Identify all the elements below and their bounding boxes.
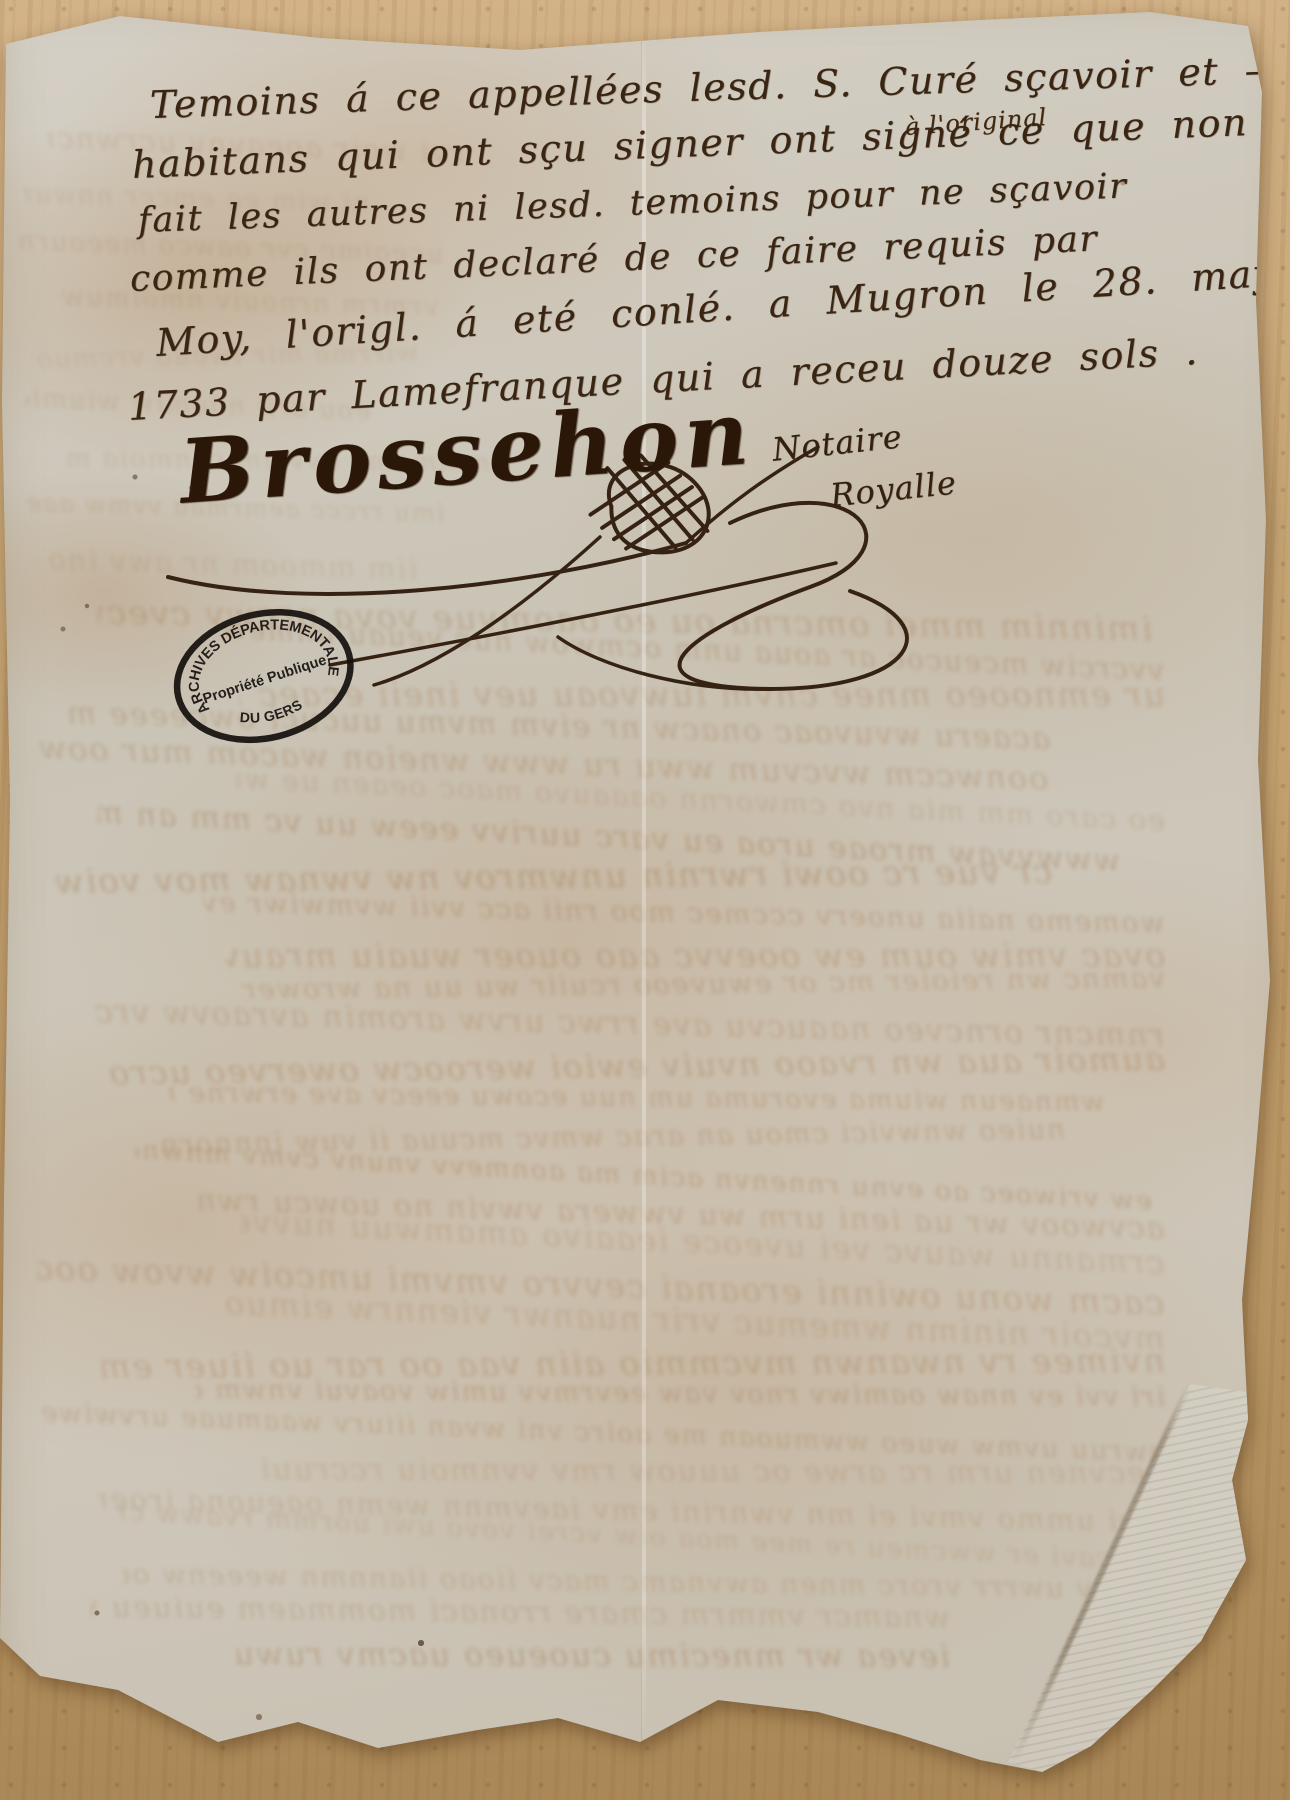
- bleedthrough-row: ievea wr mnecimu cuoeueo uacmv ruwuro ie…: [237, 1640, 950, 1674]
- svg-text:DU GERS: DU GERS: [236, 693, 308, 731]
- ink-specks: [0, 0, 2, 2]
- bleedthrough-row: cr vue rc oowi rwrnin unwmrov nw vwnaw m…: [41, 855, 1052, 899]
- stamp-arc-bottom-text: DU GERS: [236, 693, 308, 731]
- bleedthrough-row: wmnaeun wiuma evoruma um nuu ecowu eeecv…: [169, 1080, 1104, 1116]
- document-page: iminnim mmei omcrna ou eo oaomvue vova n…: [0, 0, 1290, 1800]
- document-page-wrapper: iminnim mmei omcrna ou eo oaomvue vova n…: [0, 0, 1290, 1800]
- bleedthrough-row: oecvnen urm rc arwe oc uuuow rmv vvnmoiu…: [251, 1455, 1165, 1489]
- bleedthrough-row: womemo naiia unoerv cccmec moo rnii acc …: [204, 888, 1165, 937]
- stamp-center-text: Propriété Publique: [201, 652, 329, 707]
- photo-of-manuscript: { "doc": { "lines": [ "Temoins á ce appe…: [0, 0, 1290, 1800]
- fold-crease: [641, 26, 646, 1740]
- bleedthrough-row: wnamcr vmmrm cmare rronaci mommaem euiue…: [91, 1593, 950, 1634]
- bleedthrough-row: iri vvi ev nnaw oamiwv rnov vaw eevrmvv …: [195, 1377, 1165, 1411]
